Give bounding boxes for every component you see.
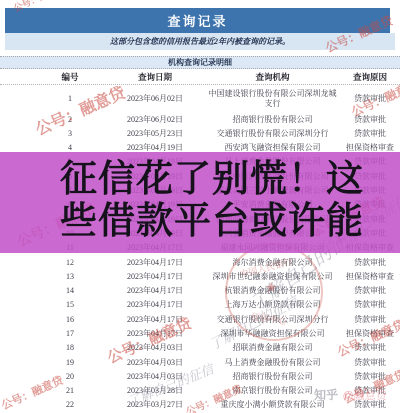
query-org-cell: 中国建设银行股份有限公司深圳龙城支行 — [205, 89, 340, 107]
query-date-cell: 2023年04月17日 — [105, 272, 205, 281]
promo-overlay-band: 征信花了别慌！这 些借款平台或许能 — [0, 152, 400, 253]
report-title: 查询记录 — [167, 11, 227, 30]
query-date-cell: 2023年06月02日 — [105, 115, 205, 124]
query-org-cell: 西安鸿飞融资担保有限公司 — [205, 143, 340, 152]
promo-headline: 征信花了别慌！这 些借款平台或许能 — [60, 158, 364, 242]
query-reason-cell: 担保资格审查 — [340, 143, 400, 152]
seal-text-bottom: 征信中心 — [250, 310, 287, 328]
query-date-cell: 2023年04月17日 — [105, 300, 205, 309]
query-reason-cell: 贷款审批 — [340, 300, 400, 309]
query-date-cell: 2023年05月23日 — [105, 129, 205, 138]
seal-star-icon: ★ — [265, 279, 278, 296]
header-query-reason: 查询原因 — [340, 71, 400, 83]
query-org-cell: 交通银行股份有限公司深圳分行 — [205, 129, 340, 138]
row-number-cell: 13 — [35, 272, 105, 281]
table-row: 132023年04月17日深圳市世纪融泰融资担保有限公司担保资格审查 — [0, 269, 400, 283]
report-subtitle: 这部分包含您的信用报告最近2年内被查询的记录。 — [110, 36, 290, 47]
row-number-cell: 22 — [35, 400, 105, 409]
query-org-cell: 招商银行股份有限公司 — [205, 372, 340, 381]
query-org-cell: 马上消费金融股份有限公司 — [205, 358, 340, 367]
query-date-cell: 2023年04月19日 — [105, 143, 205, 152]
table-row: 152023年04月17日上海万达小额贷款有限公司贷款审批 — [0, 298, 400, 312]
header-number: 编号 — [35, 71, 105, 83]
table-row: 142023年04月17日杭银消费金融股份有限公司贷款审批 — [0, 284, 400, 298]
zhihu-handle: @融意贷 — [342, 390, 386, 402]
query-reason-cell: 贷款审批 — [340, 286, 400, 295]
row-number-cell: 15 — [35, 300, 105, 309]
section-title: 机构查询记录明细 — [168, 57, 232, 68]
query-reason-cell: 贷款审批 — [340, 115, 400, 124]
query-reason-cell: 贷款审批 — [340, 358, 400, 367]
query-date-cell: 2023年04月17日 — [105, 286, 205, 295]
row-number-cell: 19 — [35, 358, 105, 367]
header-query-date: 查询日期 — [105, 71, 205, 83]
query-org-cell: 招商银行股份有限公司 — [205, 115, 340, 124]
query-reason-cell: 贷款审批 — [340, 129, 400, 138]
seal-text-top: 中国人民银行 — [238, 255, 294, 281]
promo-headline-line2: 些借款平台或许能 — [60, 200, 364, 242]
table-row: 162023年04月17日交通银行股份有限公司深圳分行贷款审批 — [0, 312, 400, 326]
query-reason-cell: 担保资格审查 — [340, 272, 400, 281]
row-number-cell: 17 — [35, 329, 105, 338]
header-query-org: 查询机构 — [205, 71, 340, 83]
row-number-cell: 18 — [35, 343, 105, 352]
promo-headline-line1: 征信花了别慌！这 — [60, 158, 364, 200]
credit-report-screenshot: 查询记录 这部分包含您的信用报告最近2年内被查询的记录。 机构查询记录明细 编号… — [0, 0, 400, 413]
zhihu-logo: 知乎 — [314, 388, 338, 402]
query-date-cell: 2023年04月17日 — [105, 258, 205, 267]
query-reason-cell: 贷款审批 — [340, 258, 400, 267]
section-title-bar: 机构查询记录明细 — [0, 56, 400, 69]
report-title-bar: 查询记录 — [5, 8, 390, 33]
pboc-seal-watermark: 中国人民银行 ★ 征信中心 — [225, 243, 323, 341]
table-row: 172023年04月17日深圳市华融融资担保有限公司担保资格审查 — [0, 326, 400, 340]
row-number-cell: 4 — [35, 143, 105, 152]
row-number-cell: 14 — [35, 286, 105, 295]
table-header-row: 编号 查询日期 查询机构 查询原因 — [0, 69, 400, 85]
zhihu-watermark: 知乎 @融意贷 — [314, 386, 387, 404]
row-number-cell: 16 — [35, 315, 105, 324]
